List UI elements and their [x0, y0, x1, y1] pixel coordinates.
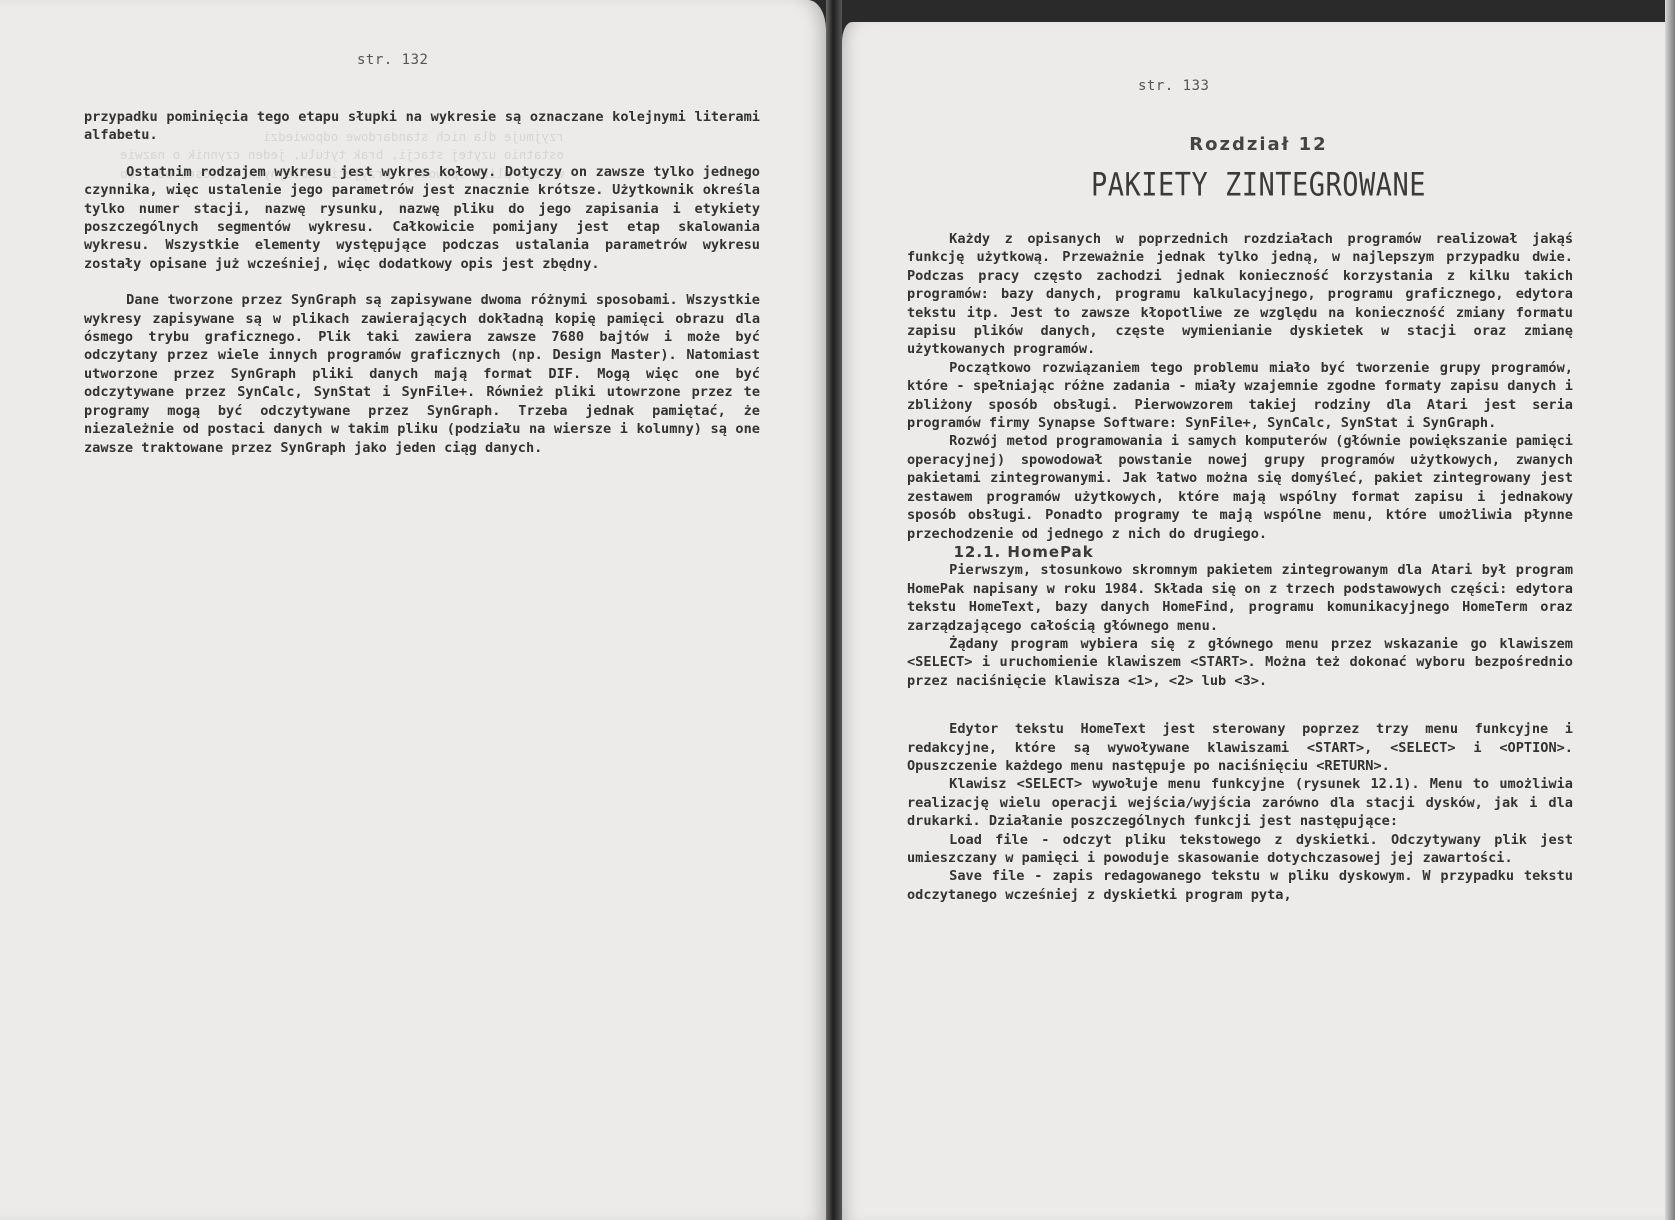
chapter-label: Rozdział 12 — [842, 134, 1675, 155]
paragraph: Klawisz <SELECT> wywołuje menu funkcyjne… — [907, 775, 1573, 830]
page-number: str. 132 — [357, 52, 428, 68]
paragraph: Ostatnim rodzajem wykresu jest wykres ko… — [84, 163, 760, 273]
paragraph: Rozwój metod programowania i samych komp… — [907, 432, 1573, 542]
paragraph: Żądany program wybiera się z głównego me… — [907, 635, 1573, 690]
section-heading: 12.1. HomePak — [907, 543, 1573, 561]
paragraph: przypadku pominięcia tego etapu słupki n… — [84, 108, 760, 145]
paragraph: Edytor tekstu HomeText jest sterowany po… — [907, 720, 1573, 775]
body-text: Każdy z opisanych w poprzednich rozdział… — [907, 230, 1573, 904]
chapter-title: PAKIETY ZINTEGROWANE — [842, 167, 1675, 204]
body-text: przypadku pominięcia tego etapu słupki n… — [84, 108, 760, 457]
left-page: rzyjmuje dla nich standardowe odpowiedzi… — [0, 0, 826, 1220]
book-spread: rzyjmuje dla nich standardowe odpowiedzi… — [0, 0, 1675, 1220]
paragraph: Początkowo rozwiązaniem tego problemu mi… — [907, 359, 1573, 433]
paragraph: Dane tworzone przez SynGraph są zapisywa… — [84, 291, 760, 457]
paragraph: Pierwszym, stosunkowo skromnym pakietem … — [907, 561, 1573, 635]
paragraph: Każdy z opisanych w poprzednich rozdział… — [907, 230, 1573, 359]
page-number: str. 133 — [1138, 78, 1209, 94]
right-page: str. 133 Rozdział 12 PAKIETY ZINTEGROWAN… — [842, 22, 1675, 1220]
book-gutter — [826, 0, 842, 1220]
page-edge — [1665, 0, 1675, 1220]
paragraph: Save file - zapis redagowanego tekstu w … — [907, 867, 1573, 904]
paragraph: Load file - odczyt pliku tekstowego z dy… — [907, 831, 1573, 868]
